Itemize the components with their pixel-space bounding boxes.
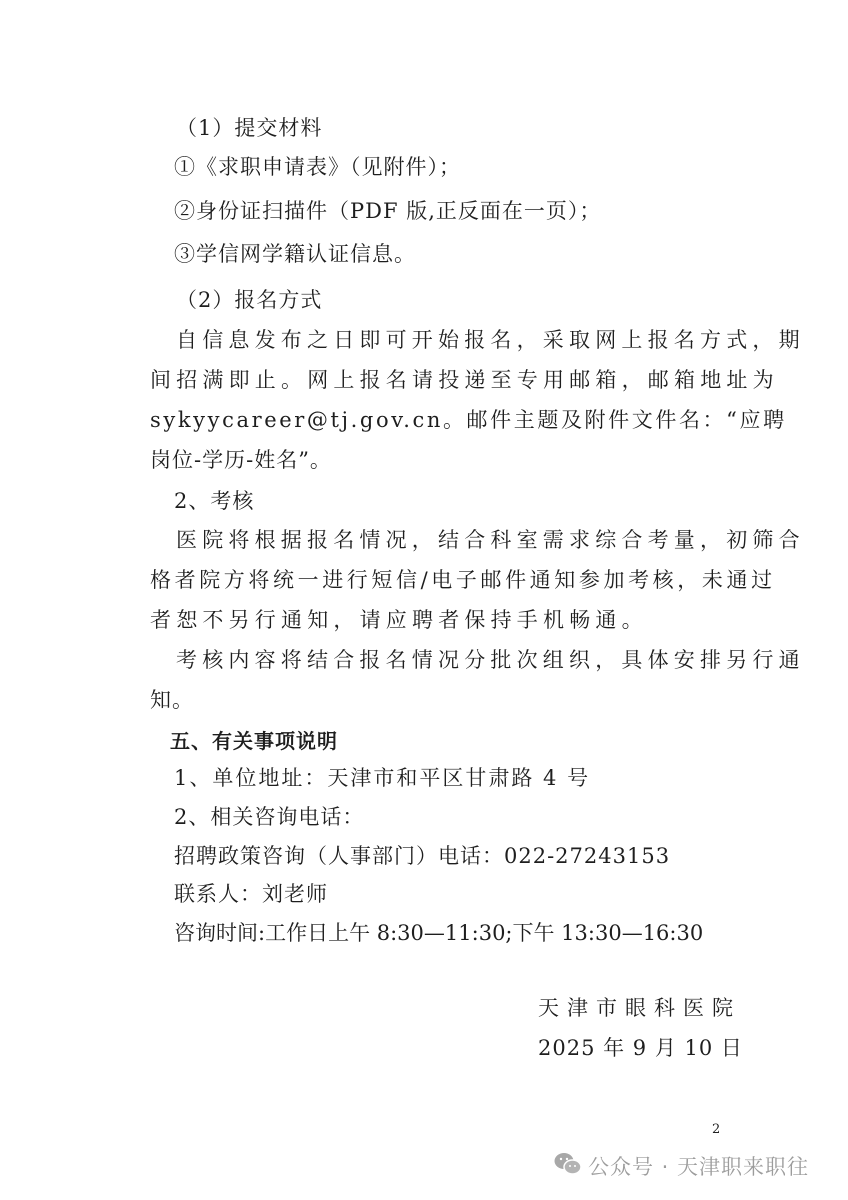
assessment-paragraph-line: 格者院方将统一进行短信/电子邮件通知参加考核，未通过 (150, 566, 776, 594)
policy-phone-line: 招聘政策咨询（人事部门）电话：022-27243153 (174, 842, 670, 870)
section-title-assessment: 2、考核 (174, 487, 254, 515)
assessment-paragraph-line: 者恕不另行通知，请应聘者保持手机畅通。 (150, 606, 648, 634)
watermark: 公众号 · 天津职来职往 (554, 1150, 809, 1182)
registration-email-line: sykyycareer@tj.gov.cn。邮件主题及附件文件名：“应聘 (150, 406, 787, 434)
watermark-text: 公众号 · 天津职来职往 (588, 1151, 809, 1181)
registration-paragraph-line: 间招满即止。网上报名请投递至专用邮箱，邮箱地址为 (150, 366, 779, 394)
wechat-icon (554, 1152, 588, 1181)
material-item-2: ②身份证扫描件（PDF 版,正反面在一页）； (174, 197, 601, 225)
document-page: （1）提交材料 ①《求职申请表》（见附件）； ②身份证扫描件（PDF 版,正反面… (0, 0, 848, 1200)
assessment-paragraph-line: 医院将根据报名情况，结合科室需求综合考量，初筛合 (176, 526, 805, 554)
section-title-registration: （2）报名方式 (176, 286, 322, 314)
assessment-content-line: 考核内容将结合报名情况分批次组织，具体安排另行通 (176, 646, 805, 674)
address-line: 1、单位地址：天津市和平区甘肃路 4 号 (174, 764, 590, 792)
material-item-3: ③学信网学籍认证信息。 (174, 240, 416, 268)
section-title-notes: 五、有关事项说明 (170, 727, 338, 755)
registration-paragraph-line: 岗位-学历-姓名”。 (150, 446, 332, 474)
hours-line: 咨询时间:工作日上午 8:30—11:30;下午 13:30—16:30 (174, 919, 703, 947)
signature-date: 2025 年 9 月 10 日 (538, 1034, 743, 1062)
registration-paragraph-line: 自信息发布之日即可开始报名，采取网上报名方式，期 (176, 326, 805, 354)
signature-organization: 天津市眼科医院 (538, 994, 741, 1022)
assessment-content-line: 知。 (150, 686, 194, 714)
phone-title: 2、相关咨询电话： (174, 803, 364, 831)
material-item-1: ①《求职申请表》（见附件）； (174, 153, 461, 181)
page-number: 2 (712, 1122, 720, 1137)
section-title-materials: （1）提交材料 (176, 114, 322, 142)
contact-line: 联系人：刘老师 (174, 880, 328, 908)
